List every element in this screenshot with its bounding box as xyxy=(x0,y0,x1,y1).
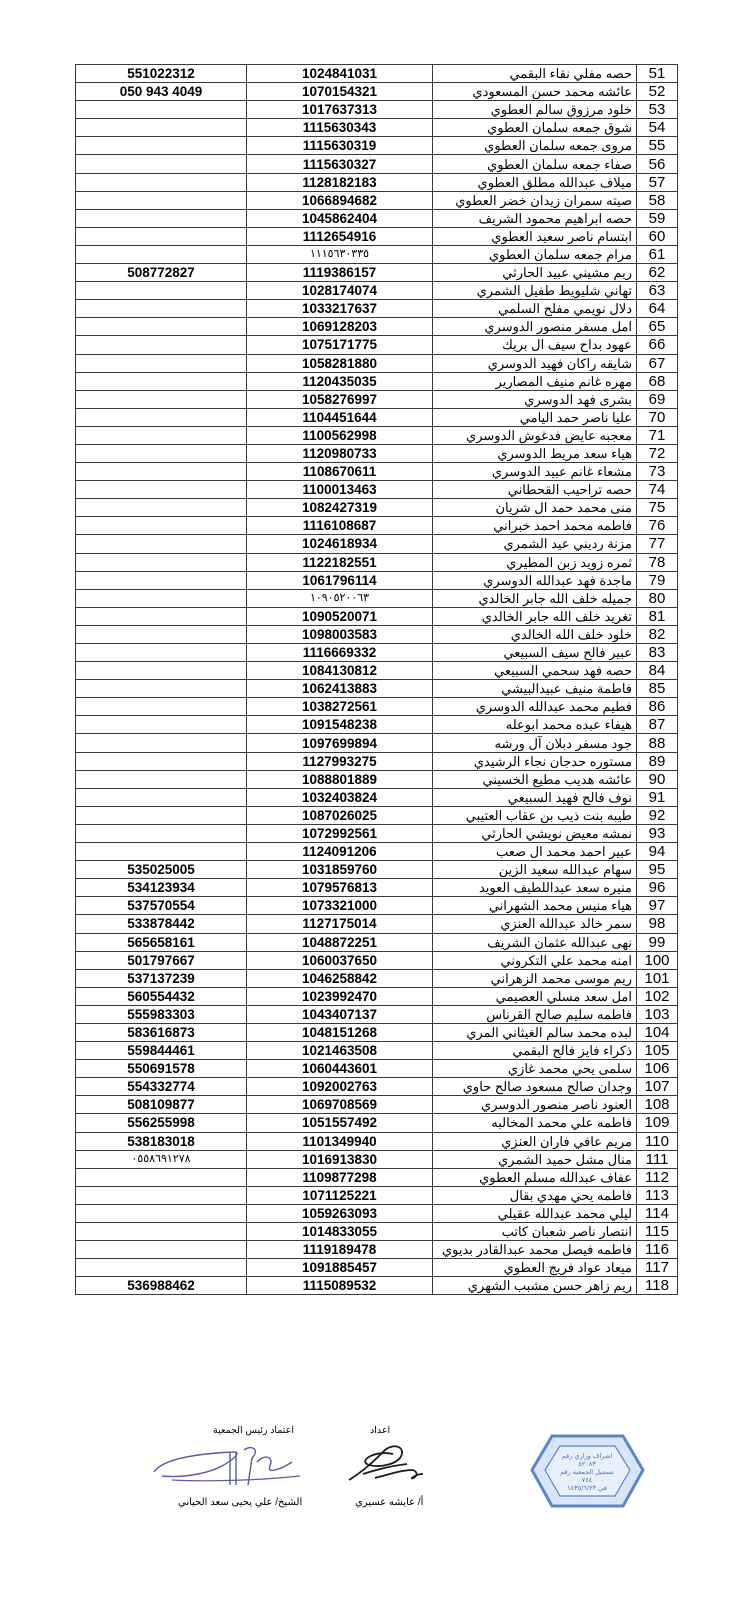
table-row: 1082427319منى محمد حمد ال شريان75 xyxy=(76,499,678,517)
number-cell: 87 xyxy=(637,716,678,734)
phone-cell xyxy=(76,463,247,481)
number-cell: 73 xyxy=(637,463,678,481)
stamp-line: تسجيل الجمعية رقم xyxy=(560,1468,614,1476)
table-row: 1014833055انتصار ناصر شعبان كاتب115 xyxy=(76,1223,678,1241)
name-cell: حصه ابراهيم محمود الشريف xyxy=(433,209,637,227)
table-row: 5656581611048872251نهى عبدالله عثمان الش… xyxy=(76,933,678,951)
approval-title: اعتماد رئيس الجمعية xyxy=(213,1425,294,1436)
name-cell: مزنة رديني عيد الشمري xyxy=(433,535,637,553)
phone-cell xyxy=(76,698,247,716)
phone-cell xyxy=(76,282,247,300)
roster-table: 5510223121024841031حصه مفلي نقاء البقمي5… xyxy=(75,64,678,1295)
number-cell: 74 xyxy=(637,481,678,499)
id-cell: 1062413883 xyxy=(247,680,433,698)
name-cell: بشرى فهد الدوسري xyxy=(433,390,637,408)
table-row: 1058276997بشرى فهد الدوسري69 xyxy=(76,390,678,408)
table-row: 1120980733هياء سعد مريط الدوسري72 xyxy=(76,444,678,462)
table-row: 1087026025طيبه بنت ذيب بن عقاب العتيبي92 xyxy=(76,806,678,824)
name-cell: نوف فالح فهيد السبيعي xyxy=(433,788,637,806)
phone-cell xyxy=(76,716,247,734)
name-cell: ريم موسى محمد الزهراني xyxy=(433,969,637,987)
table-row: 1100562998معجبه عايض فدغوش الدوسري71 xyxy=(76,426,678,444)
phone-cell: 534123934 xyxy=(76,879,247,897)
phone-cell xyxy=(76,1259,247,1277)
name-cell: طيبه بنت ذيب بن عقاب العتيبي xyxy=(433,806,637,824)
table-row: 1112654916ابتسام ناصر سعيد العطوي60 xyxy=(76,227,678,245)
number-cell: 61 xyxy=(637,245,678,263)
phone-cell xyxy=(76,662,247,680)
name-cell: مشعاء غانم عبيد الدوسري xyxy=(433,463,637,481)
number-cell: 118 xyxy=(637,1277,678,1295)
number-cell: 78 xyxy=(637,553,678,571)
id-cell: 1100013463 xyxy=(247,481,433,499)
id-cell: 1058276997 xyxy=(247,390,433,408)
phone-cell xyxy=(76,481,247,499)
name-cell: منال مشل حميد الشمري xyxy=(433,1150,637,1168)
name-cell: هيفاء عبده محمد ابوعله xyxy=(433,716,637,734)
phone-cell xyxy=(76,843,247,861)
table-row: 5836168731048151268لبده محمد سالم الغيثا… xyxy=(76,1023,678,1041)
name-cell: مرام جمعه سلمان العطوي xyxy=(433,245,637,263)
phone-cell xyxy=(76,426,247,444)
table-row: 5381830181101349940مريم عافي فاران العنز… xyxy=(76,1132,678,1150)
id-cell: 1090520071 xyxy=(247,607,433,625)
table-row: 1028174074تهاني شليويط طفيل الشمري63 xyxy=(76,282,678,300)
name-cell: شوق جمعه سلمان العطوي xyxy=(433,119,637,137)
number-cell: 79 xyxy=(637,571,678,589)
table-row: 1059263093ليلي محمد عبدالله عقيلي114 xyxy=(76,1204,678,1222)
table-row: 5087728271119386157ريم مشيني عبيد الحارث… xyxy=(76,264,678,282)
name-cell: سهام عبدالله سعيد الزين xyxy=(433,861,637,879)
id-cell: 1091548238 xyxy=(247,716,433,734)
table-row: 5338784421127175014سمر خالد عبدالله العن… xyxy=(76,915,678,933)
number-cell: 99 xyxy=(637,933,678,951)
name-cell: دلال نويمي مفلح السلمي xyxy=(433,300,637,318)
phone-cell xyxy=(76,390,247,408)
name-cell: ثمره زويد زبن المطيري xyxy=(433,553,637,571)
number-cell: 67 xyxy=(637,354,678,372)
number-cell: 68 xyxy=(637,372,678,390)
number-cell: 113 xyxy=(637,1186,678,1204)
name-cell: فاطمه يحي مهدي بقال xyxy=(433,1186,637,1204)
id-cell: ١٠٩٠٥٢٠٠٦٣ xyxy=(247,589,433,607)
number-cell: 80 xyxy=(637,589,678,607)
id-cell: 1032403824 xyxy=(247,788,433,806)
number-cell: 72 xyxy=(637,444,678,462)
table-row: 5350250051031859760سهام عبدالله سعيد الز… xyxy=(76,861,678,879)
name-cell: سمر خالد عبدالله العنزي xyxy=(433,915,637,933)
id-cell: 1017637313 xyxy=(247,101,433,119)
phone-cell: 508109877 xyxy=(76,1096,247,1114)
table-row: 1122182551ثمره زويد زبن المطيري78 xyxy=(76,553,678,571)
name-cell: فاطمه محمد احمد خبراني xyxy=(433,517,637,535)
table-row: 1116669332عبير فالح سيف السبيعي83 xyxy=(76,644,678,662)
id-cell: 1115630327 xyxy=(247,155,433,173)
phone-cell xyxy=(76,444,247,462)
name-cell: مستوره حدجان نجاء الرشيدي xyxy=(433,752,637,770)
phone-cell xyxy=(76,191,247,209)
phone-cell xyxy=(76,788,247,806)
number-cell: 58 xyxy=(637,191,678,209)
name-cell: ريم زاهر حسن مشبب الشهري xyxy=(433,1277,637,1295)
table-row: 1033217637دلال نويمي مفلح السلمي64 xyxy=(76,300,678,318)
table-row: 1045862404حصه ابراهيم محمود الشريف59 xyxy=(76,209,678,227)
number-cell: 92 xyxy=(637,806,678,824)
number-cell: 66 xyxy=(637,336,678,354)
number-cell: 82 xyxy=(637,625,678,643)
phone-cell xyxy=(76,137,247,155)
approval-name: الشيخ/ علي يحيى سعد الحياني xyxy=(178,1497,302,1508)
phone-cell: 533878442 xyxy=(76,915,247,933)
id-cell: 1069708569 xyxy=(247,1096,433,1114)
id-cell: 1073321000 xyxy=(247,897,433,915)
id-cell: 1119386157 xyxy=(247,264,433,282)
phone-cell xyxy=(76,209,247,227)
name-cell: ميلاف عبدالله مطلق العطوي xyxy=(433,173,637,191)
phone-cell xyxy=(76,318,247,336)
id-cell: 1101349940 xyxy=(247,1132,433,1150)
id-cell: 1097699894 xyxy=(247,734,433,752)
id-cell: 1070154321 xyxy=(247,83,433,101)
number-cell: 54 xyxy=(637,119,678,137)
table-row: ١٠٩٠٥٢٠٠٦٣جميله خلف الله جابر الخالدي80 xyxy=(76,589,678,607)
name-cell: ميعاد عواد فريج العطوي xyxy=(433,1259,637,1277)
stamp-line: ٧٤٤ xyxy=(582,1476,592,1484)
table-row: 1084130812حصه فهد سحمي السبيعي84 xyxy=(76,662,678,680)
table-row: 1090520071تغريد خلف الله جابر الخالدي81 xyxy=(76,607,678,625)
id-cell: 1014833055 xyxy=(247,1223,433,1241)
name-cell: منيره سعد عبداللطيف العويد xyxy=(433,879,637,897)
phone-cell: 555983303 xyxy=(76,1005,247,1023)
phone-cell xyxy=(76,1204,247,1222)
name-cell: فاطمه علي محمد المخالبه xyxy=(433,1114,637,1132)
phone-cell: 550691578 xyxy=(76,1060,247,1078)
name-cell: هياء منيس محمد الشهراني xyxy=(433,897,637,915)
table-row: 5017976671060037650امنه محمد علي التكرون… xyxy=(76,951,678,969)
name-cell: مهره غانم منيف المصارير xyxy=(433,372,637,390)
number-cell: 117 xyxy=(637,1259,678,1277)
phone-cell xyxy=(76,535,247,553)
name-cell: مريم عافي فاران العنزي xyxy=(433,1132,637,1150)
name-cell: نمشه معيض نويشي الحارثي xyxy=(433,824,637,842)
number-cell: 96 xyxy=(637,879,678,897)
name-cell: صفاء جمعه سلمان العطوي xyxy=(433,155,637,173)
number-cell: 69 xyxy=(637,390,678,408)
id-cell: 1100562998 xyxy=(247,426,433,444)
name-cell: تغريد خلف الله جابر الخالدي xyxy=(433,607,637,625)
phone-cell xyxy=(76,734,247,752)
id-cell: 1084130812 xyxy=(247,662,433,680)
id-cell: 1109877298 xyxy=(247,1168,433,1186)
table-row: 1128182183ميلاف عبدالله مطلق العطوي57 xyxy=(76,173,678,191)
table-row: 1032403824نوف فالح فهيد السبيعي91 xyxy=(76,788,678,806)
phone-cell xyxy=(76,589,247,607)
phone-cell: 554332774 xyxy=(76,1078,247,1096)
table-row: 1115630319مروى جمعه سلمان العطوي55 xyxy=(76,137,678,155)
table-row: 5375705541073321000هياء منيس محمد الشهرا… xyxy=(76,897,678,915)
phone-cell xyxy=(76,680,247,698)
id-cell: 1082427319 xyxy=(247,499,433,517)
prepared-signature-icon xyxy=(345,1440,425,1490)
number-cell: 107 xyxy=(637,1078,678,1096)
table-row: 1091548238هيفاء عبده محمد ابوعله87 xyxy=(76,716,678,734)
id-cell: 1051557492 xyxy=(247,1114,433,1132)
table-row: 1024618934مزنة رديني عيد الشمري77 xyxy=(76,535,678,553)
table-row: 1124091206عبير احمد محمد ال صعب94 xyxy=(76,843,678,861)
phone-cell xyxy=(76,499,247,517)
table-row: 1017637313خلود مرزوق سالم العطوي53 xyxy=(76,101,678,119)
id-cell: 1120980733 xyxy=(247,444,433,462)
phone-cell: 538183018 xyxy=(76,1132,247,1150)
name-cell: شايقه راكان فهيد الدوسري xyxy=(433,354,637,372)
roster-table-body: 5510223121024841031حصه مفلي نقاء البقمي5… xyxy=(76,65,678,1295)
table-row: 1066894682صيته سمران زيدان خضر العطوي58 xyxy=(76,191,678,209)
phone-cell xyxy=(76,408,247,426)
phone-cell xyxy=(76,571,247,589)
number-cell: 106 xyxy=(637,1060,678,1078)
number-cell: 108 xyxy=(637,1096,678,1114)
phone-cell xyxy=(76,227,247,245)
table-row: 1116108687فاطمه محمد احمد خبراني76 xyxy=(76,517,678,535)
table-row: 050 943 40491070154321عائشه محمد حسن الم… xyxy=(76,83,678,101)
id-cell: 1046258842 xyxy=(247,969,433,987)
table-row: 1108670611مشعاء غانم عبيد الدوسري73 xyxy=(76,463,678,481)
number-cell: 51 xyxy=(637,65,678,83)
id-cell: 1075171775 xyxy=(247,336,433,354)
name-cell: حصه فهد سحمي السبيعي xyxy=(433,662,637,680)
phone-cell xyxy=(76,1223,247,1241)
id-cell: 1115630319 xyxy=(247,137,433,155)
id-cell: 1088801889 xyxy=(247,770,433,788)
table-row: 5371372391046258842ريم موسى محمد الزهران… xyxy=(76,969,678,987)
table-row: 1097699894جود مسفر دبلان آل ورشه88 xyxy=(76,734,678,752)
name-cell: امل مسفر منصور الدوسري xyxy=(433,318,637,336)
id-cell: 1092002763 xyxy=(247,1078,433,1096)
phone-cell: 050 943 4049 xyxy=(76,83,247,101)
roster-page: 5510223121024841031حصه مفلي نقاء البقمي5… xyxy=(0,0,752,1600)
number-cell: 111 xyxy=(637,1150,678,1168)
phone-cell xyxy=(76,806,247,824)
name-cell: هياء سعد مريط الدوسري xyxy=(433,444,637,462)
number-cell: 84 xyxy=(637,662,678,680)
id-cell: 1043407137 xyxy=(247,1005,433,1023)
name-cell: عفاف عبدالله مسلم العطوي xyxy=(433,1168,637,1186)
name-cell: ابتسام ناصر سعيد العطوي xyxy=(433,227,637,245)
name-cell: امنه محمد علي التكروني xyxy=(433,951,637,969)
number-cell: 110 xyxy=(637,1132,678,1150)
id-cell: 1069128203 xyxy=(247,318,433,336)
number-cell: 71 xyxy=(637,426,678,444)
number-cell: 95 xyxy=(637,861,678,879)
number-cell: 85 xyxy=(637,680,678,698)
phone-cell xyxy=(76,1168,247,1186)
table-row: 1127993275مستوره حدجان نجاء الرشيدي89 xyxy=(76,752,678,770)
table-row: ٠٥٥٨٦٩١٢٧٨1016913830منال مشل حميد الشمري… xyxy=(76,1150,678,1168)
id-cell: 1079576813 xyxy=(247,879,433,897)
phone-cell xyxy=(76,372,247,390)
name-cell: فاطمه سليم صالح القرناس xyxy=(433,1005,637,1023)
phone-cell xyxy=(76,101,247,119)
number-cell: 105 xyxy=(637,1042,678,1060)
name-cell: وجدان صالح مسعود صالح حاوي xyxy=(433,1078,637,1096)
id-cell: 1072992561 xyxy=(247,824,433,842)
id-cell: 1066894682 xyxy=(247,191,433,209)
name-cell: نهى عبدالله عثمان الشريف xyxy=(433,933,637,951)
table-row: 5543327741092002763وجدان صالح مسعود صالح… xyxy=(76,1078,678,1096)
phone-cell: 583616873 xyxy=(76,1023,247,1041)
name-cell: حصه مفلي نقاء البقمي xyxy=(433,65,637,83)
table-row: 1058281880شايقه راكان فهيد الدوسري67 xyxy=(76,354,678,372)
name-cell: عبير احمد محمد ال صعب xyxy=(433,843,637,861)
official-stamp-icon: اشراف وزاري رقم ٥٢٠٨٣ تسجيل الجمعية رقم … xyxy=(530,1430,645,1510)
table-row: 1115630327صفاء جمعه سلمان العطوي56 xyxy=(76,155,678,173)
id-cell: 1024618934 xyxy=(247,535,433,553)
table-row: 1098003583خلود خلف الله الخالدي82 xyxy=(76,625,678,643)
number-cell: 65 xyxy=(637,318,678,336)
name-cell: عهود بداح سيف ال بريك xyxy=(433,336,637,354)
prepared-name: أ/ عايشه عسيري xyxy=(355,1497,423,1508)
phone-cell: 508772827 xyxy=(76,264,247,282)
table-row: 1088801889عائشه هديب مطيع الخسيني90 xyxy=(76,770,678,788)
id-cell: 1116108687 xyxy=(247,517,433,535)
name-cell: منى محمد حمد ال شريان xyxy=(433,499,637,517)
id-cell: 1115089532 xyxy=(247,1277,433,1295)
table-row: 5341239341079576813منيره سعد عبداللطيف ا… xyxy=(76,879,678,897)
name-cell: خلود مرزوق سالم العطوي xyxy=(433,101,637,119)
number-cell: 88 xyxy=(637,734,678,752)
name-cell: فاطمة منيف عبيدالبيشي xyxy=(433,680,637,698)
number-cell: 101 xyxy=(637,969,678,987)
table-row: 5562559981051557492فاطمه علي محمد المخال… xyxy=(76,1114,678,1132)
id-cell: 1024841031 xyxy=(247,65,433,83)
id-cell: 1048151268 xyxy=(247,1023,433,1041)
name-cell: حصه تراحيب القحطاني xyxy=(433,481,637,499)
phone-cell xyxy=(76,607,247,625)
approval-signature-icon xyxy=(152,1440,302,1490)
stamp-line: ٥٢٠٨٣ xyxy=(578,1460,596,1468)
number-cell: 89 xyxy=(637,752,678,770)
id-cell: 1060037650 xyxy=(247,951,433,969)
stamp-line: اشراف وزاري رقم xyxy=(562,1452,613,1460)
number-cell: 86 xyxy=(637,698,678,716)
name-cell: ذكراء فايز فالح البقمي xyxy=(433,1042,637,1060)
table-row: 5510223121024841031حصه مفلي نقاء البقمي5… xyxy=(76,65,678,83)
name-cell: ريم مشيني عبيد الحارثي xyxy=(433,264,637,282)
id-cell: 1122182551 xyxy=(247,553,433,571)
number-cell: 104 xyxy=(637,1023,678,1041)
table-row: 1075171775عهود بداح سيف ال بريك66 xyxy=(76,336,678,354)
name-cell: ليلي محمد عبدالله عقيلي xyxy=(433,1204,637,1222)
name-cell: عبير فالح سيف السبيعي xyxy=(433,644,637,662)
id-cell: 1048872251 xyxy=(247,933,433,951)
number-cell: 53 xyxy=(637,101,678,119)
table-row: 1109877298عفاف عبدالله مسلم العطوي112 xyxy=(76,1168,678,1186)
phone-cell xyxy=(76,770,247,788)
phone-cell: 556255998 xyxy=(76,1114,247,1132)
table-row: 1100013463حصه تراحيب القحطاني74 xyxy=(76,481,678,499)
id-cell: 1116669332 xyxy=(247,644,433,662)
number-cell: 98 xyxy=(637,915,678,933)
number-cell: 81 xyxy=(637,607,678,625)
id-cell: 1119189478 xyxy=(247,1241,433,1259)
number-cell: 83 xyxy=(637,644,678,662)
phone-cell xyxy=(76,336,247,354)
number-cell: 91 xyxy=(637,788,678,806)
name-cell: العنود ناصر منصور الدوسري xyxy=(433,1096,637,1114)
id-cell: 1124091206 xyxy=(247,843,433,861)
table-row: 5559833031043407137فاطمه سليم صالح القرن… xyxy=(76,1005,678,1023)
id-cell: 1038272561 xyxy=(247,698,433,716)
phone-cell xyxy=(76,625,247,643)
id-cell: 1021463508 xyxy=(247,1042,433,1060)
phone-cell: 565658161 xyxy=(76,933,247,951)
name-cell: لبده محمد سالم الغيثاني المري xyxy=(433,1023,637,1041)
id-cell: 1098003583 xyxy=(247,625,433,643)
phone-cell xyxy=(76,517,247,535)
id-cell: 1128182183 xyxy=(247,173,433,191)
phone-cell: 560554432 xyxy=(76,987,247,1005)
id-cell: 1045862404 xyxy=(247,209,433,227)
number-cell: 97 xyxy=(637,897,678,915)
id-cell: 1023992470 xyxy=(247,987,433,1005)
number-cell: 102 xyxy=(637,987,678,1005)
phone-cell: 559844461 xyxy=(76,1042,247,1060)
phone-cell xyxy=(76,354,247,372)
name-cell: جود مسفر دبلان آل ورشه xyxy=(433,734,637,752)
id-cell: 1120435035 xyxy=(247,372,433,390)
table-row: 5605544321023992470امل سعد مسلي العصيمي1… xyxy=(76,987,678,1005)
number-cell: 60 xyxy=(637,227,678,245)
phone-cell: 501797667 xyxy=(76,951,247,969)
name-cell: انتصار ناصر شعبان كاتب xyxy=(433,1223,637,1241)
number-cell: 56 xyxy=(637,155,678,173)
id-cell: 1061796114 xyxy=(247,571,433,589)
name-cell: جميله خلف الله جابر الخالدي xyxy=(433,589,637,607)
phone-cell: 537137239 xyxy=(76,969,247,987)
table-row: 1071125221فاطمه يحي مهدي بقال113 xyxy=(76,1186,678,1204)
phone-cell xyxy=(76,752,247,770)
number-cell: 90 xyxy=(637,770,678,788)
name-cell: ماجدة فهد عبدالله الدوسري xyxy=(433,571,637,589)
name-cell: عائشه محمد حسن المسعودي xyxy=(433,83,637,101)
id-cell: ١١١٥٦٣٠٣٣٥ xyxy=(247,245,433,263)
number-cell: 114 xyxy=(637,1204,678,1222)
id-cell: 1115630343 xyxy=(247,119,433,137)
table-row: 1061796114ماجدة فهد عبدالله الدوسري79 xyxy=(76,571,678,589)
number-cell: 103 xyxy=(637,1005,678,1023)
table-row: 1104451644عليا ناصر حمد اليامي70 xyxy=(76,408,678,426)
name-cell: خلود خلف الله الخالدي xyxy=(433,625,637,643)
number-cell: 64 xyxy=(637,300,678,318)
phone-cell xyxy=(76,173,247,191)
number-cell: 75 xyxy=(637,499,678,517)
phone-cell xyxy=(76,824,247,842)
id-cell: 1112654916 xyxy=(247,227,433,245)
number-cell: 112 xyxy=(637,1168,678,1186)
table-row: ١١١٥٦٣٠٣٣٥مرام جمعه سلمان العطوي61 xyxy=(76,245,678,263)
id-cell: 1104451644 xyxy=(247,408,433,426)
name-cell: فطيم محمد عبدالله الدوسري xyxy=(433,698,637,716)
id-cell: 1091885457 xyxy=(247,1259,433,1277)
number-cell: 52 xyxy=(637,83,678,101)
phone-cell xyxy=(76,155,247,173)
number-cell: 62 xyxy=(637,264,678,282)
number-cell: 76 xyxy=(637,517,678,535)
table-row: 1115630343شوق جمعه سلمان العطوي54 xyxy=(76,119,678,137)
number-cell: 77 xyxy=(637,535,678,553)
phone-cell xyxy=(76,644,247,662)
table-row: 1062413883فاطمة منيف عبيدالبيشي85 xyxy=(76,680,678,698)
